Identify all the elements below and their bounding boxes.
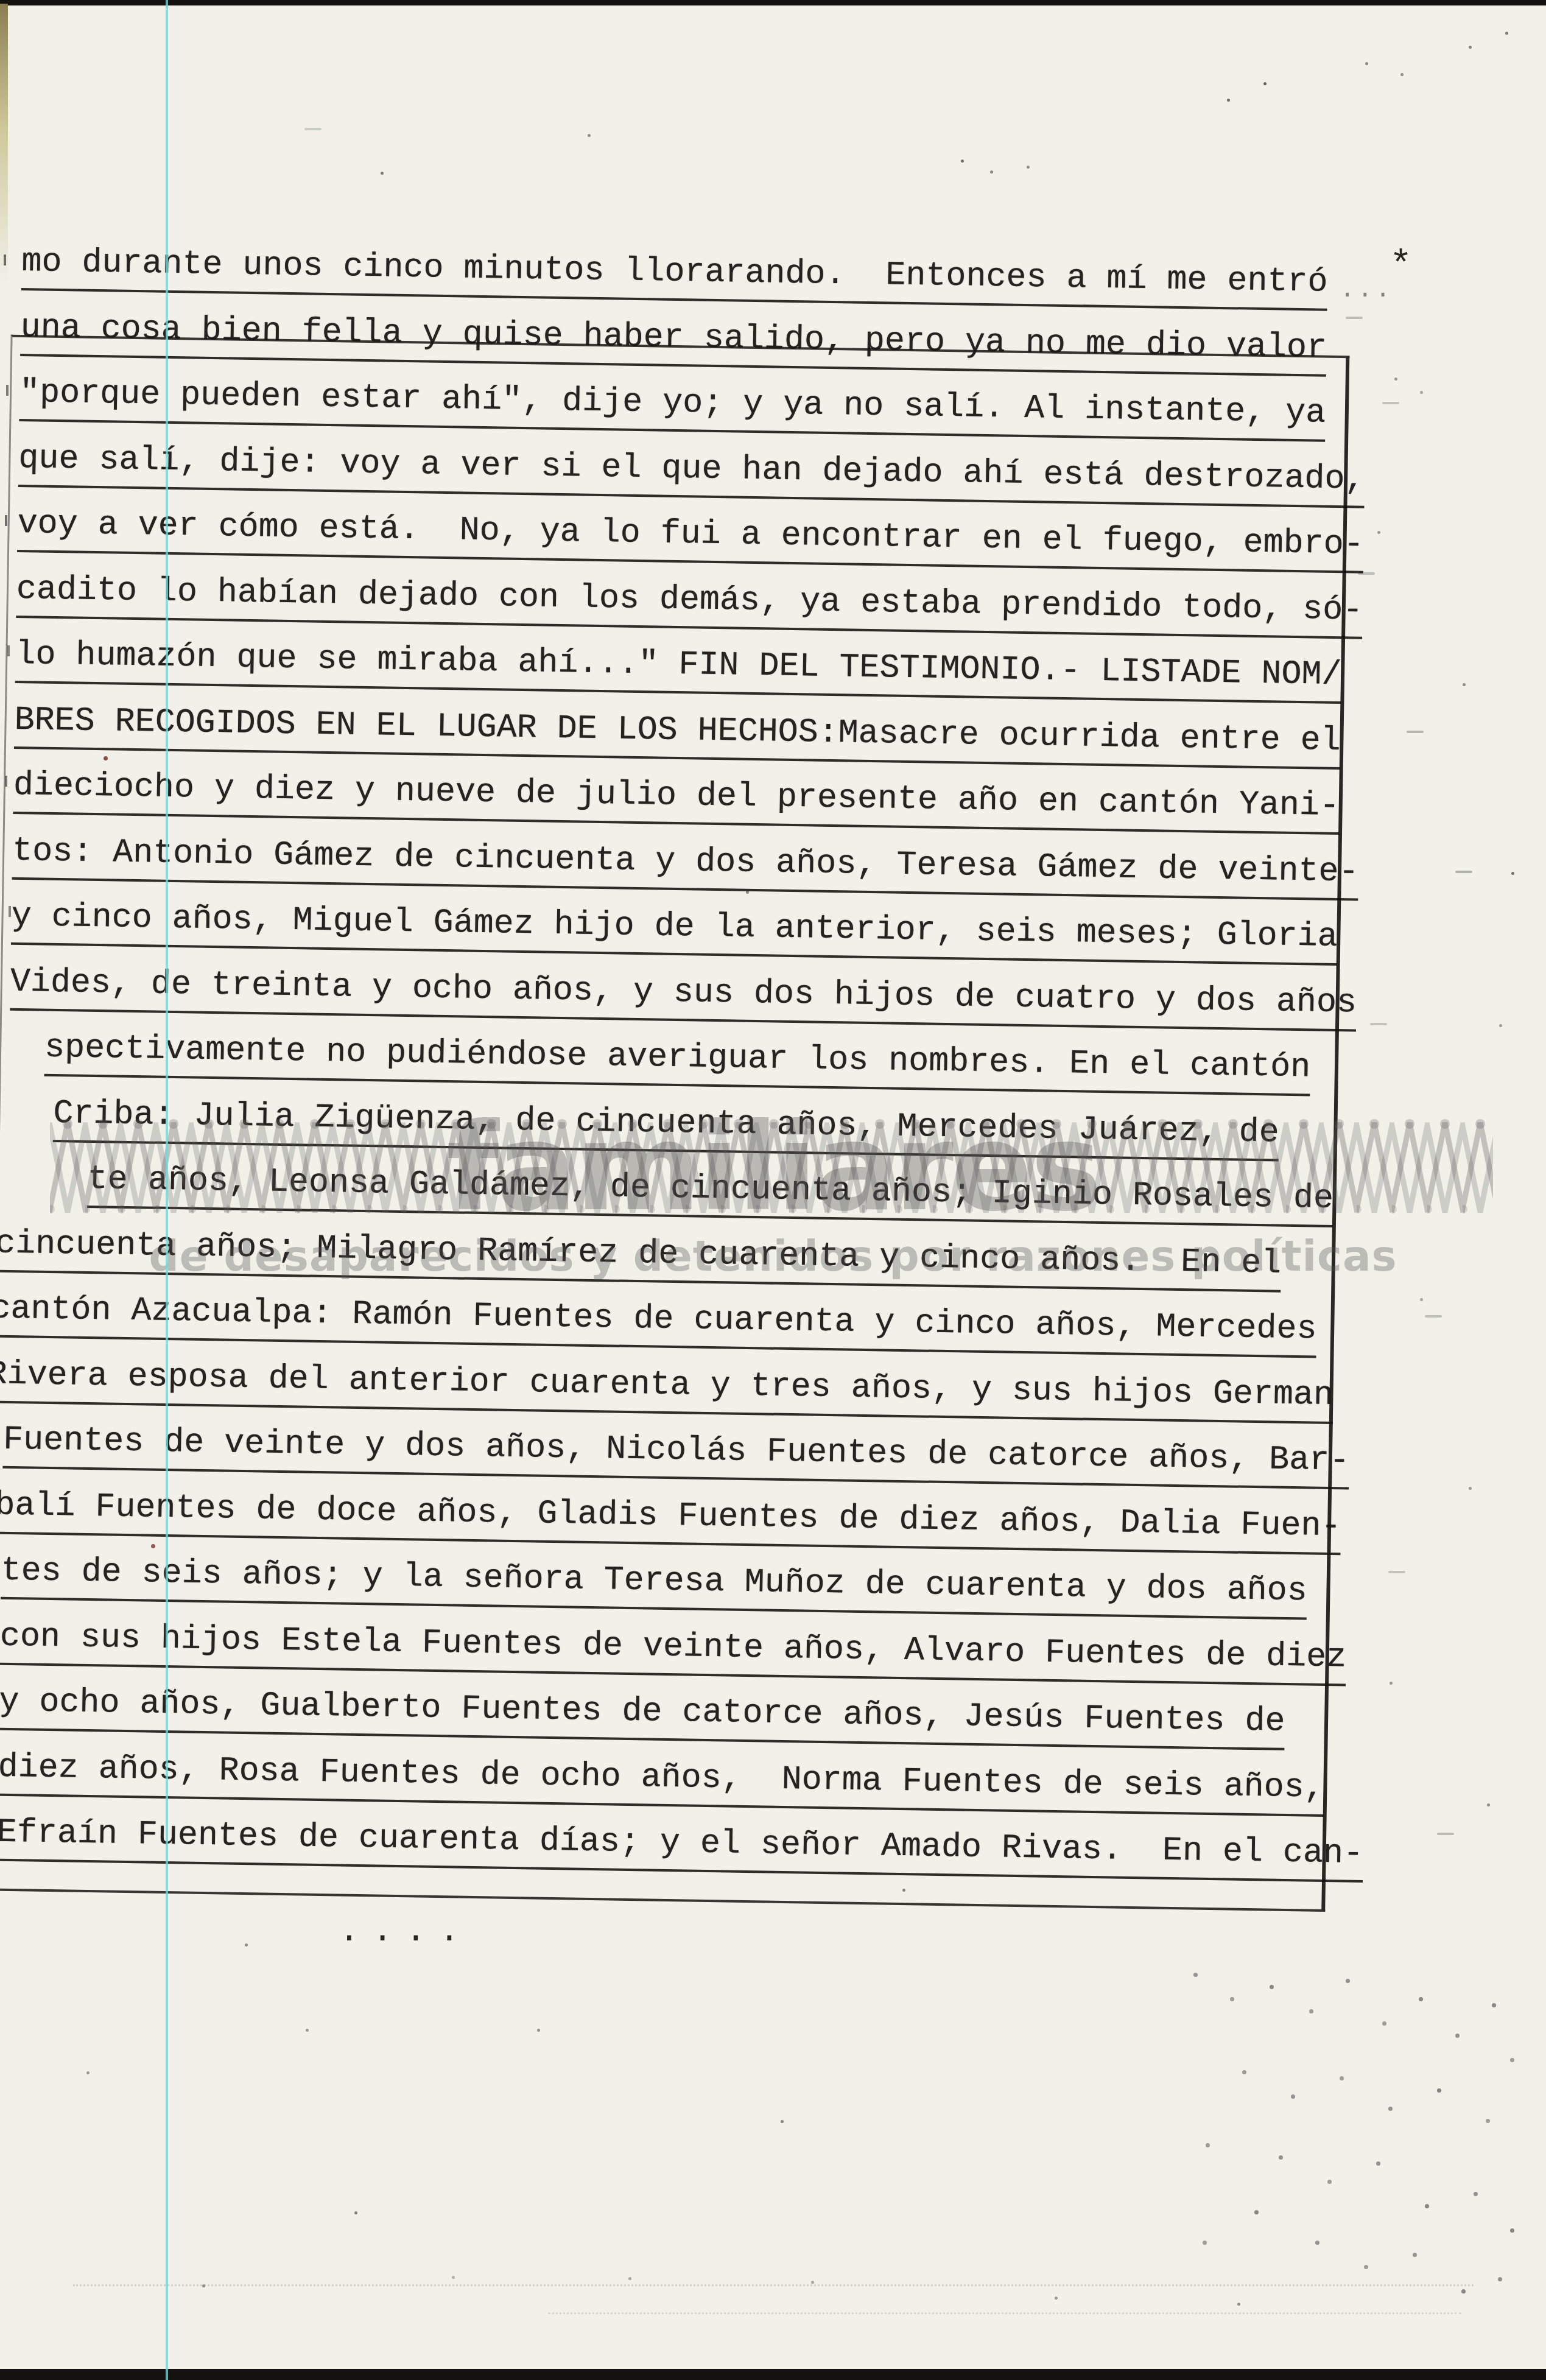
asterisk-annotation: * [1390,244,1412,287]
photocopy-bottom-edge [0,2369,1546,2380]
scanned-document-page: mo durante unos cinco minutos llorarando… [0,0,1546,2380]
dotted-smear [73,2284,1474,2286]
photocopy-left-edge [0,4,8,284]
typed-dots: .... [339,1912,472,1951]
photocopy-top-edge [0,0,1546,5]
ruled-cyan-line [166,0,168,2380]
faint-ellipsis: ... [1340,275,1393,304]
dotted-smear [548,2312,1461,2314]
typewritten-text-block: mo durante unos cinco minutos llorarando… [0,242,1398,1900]
